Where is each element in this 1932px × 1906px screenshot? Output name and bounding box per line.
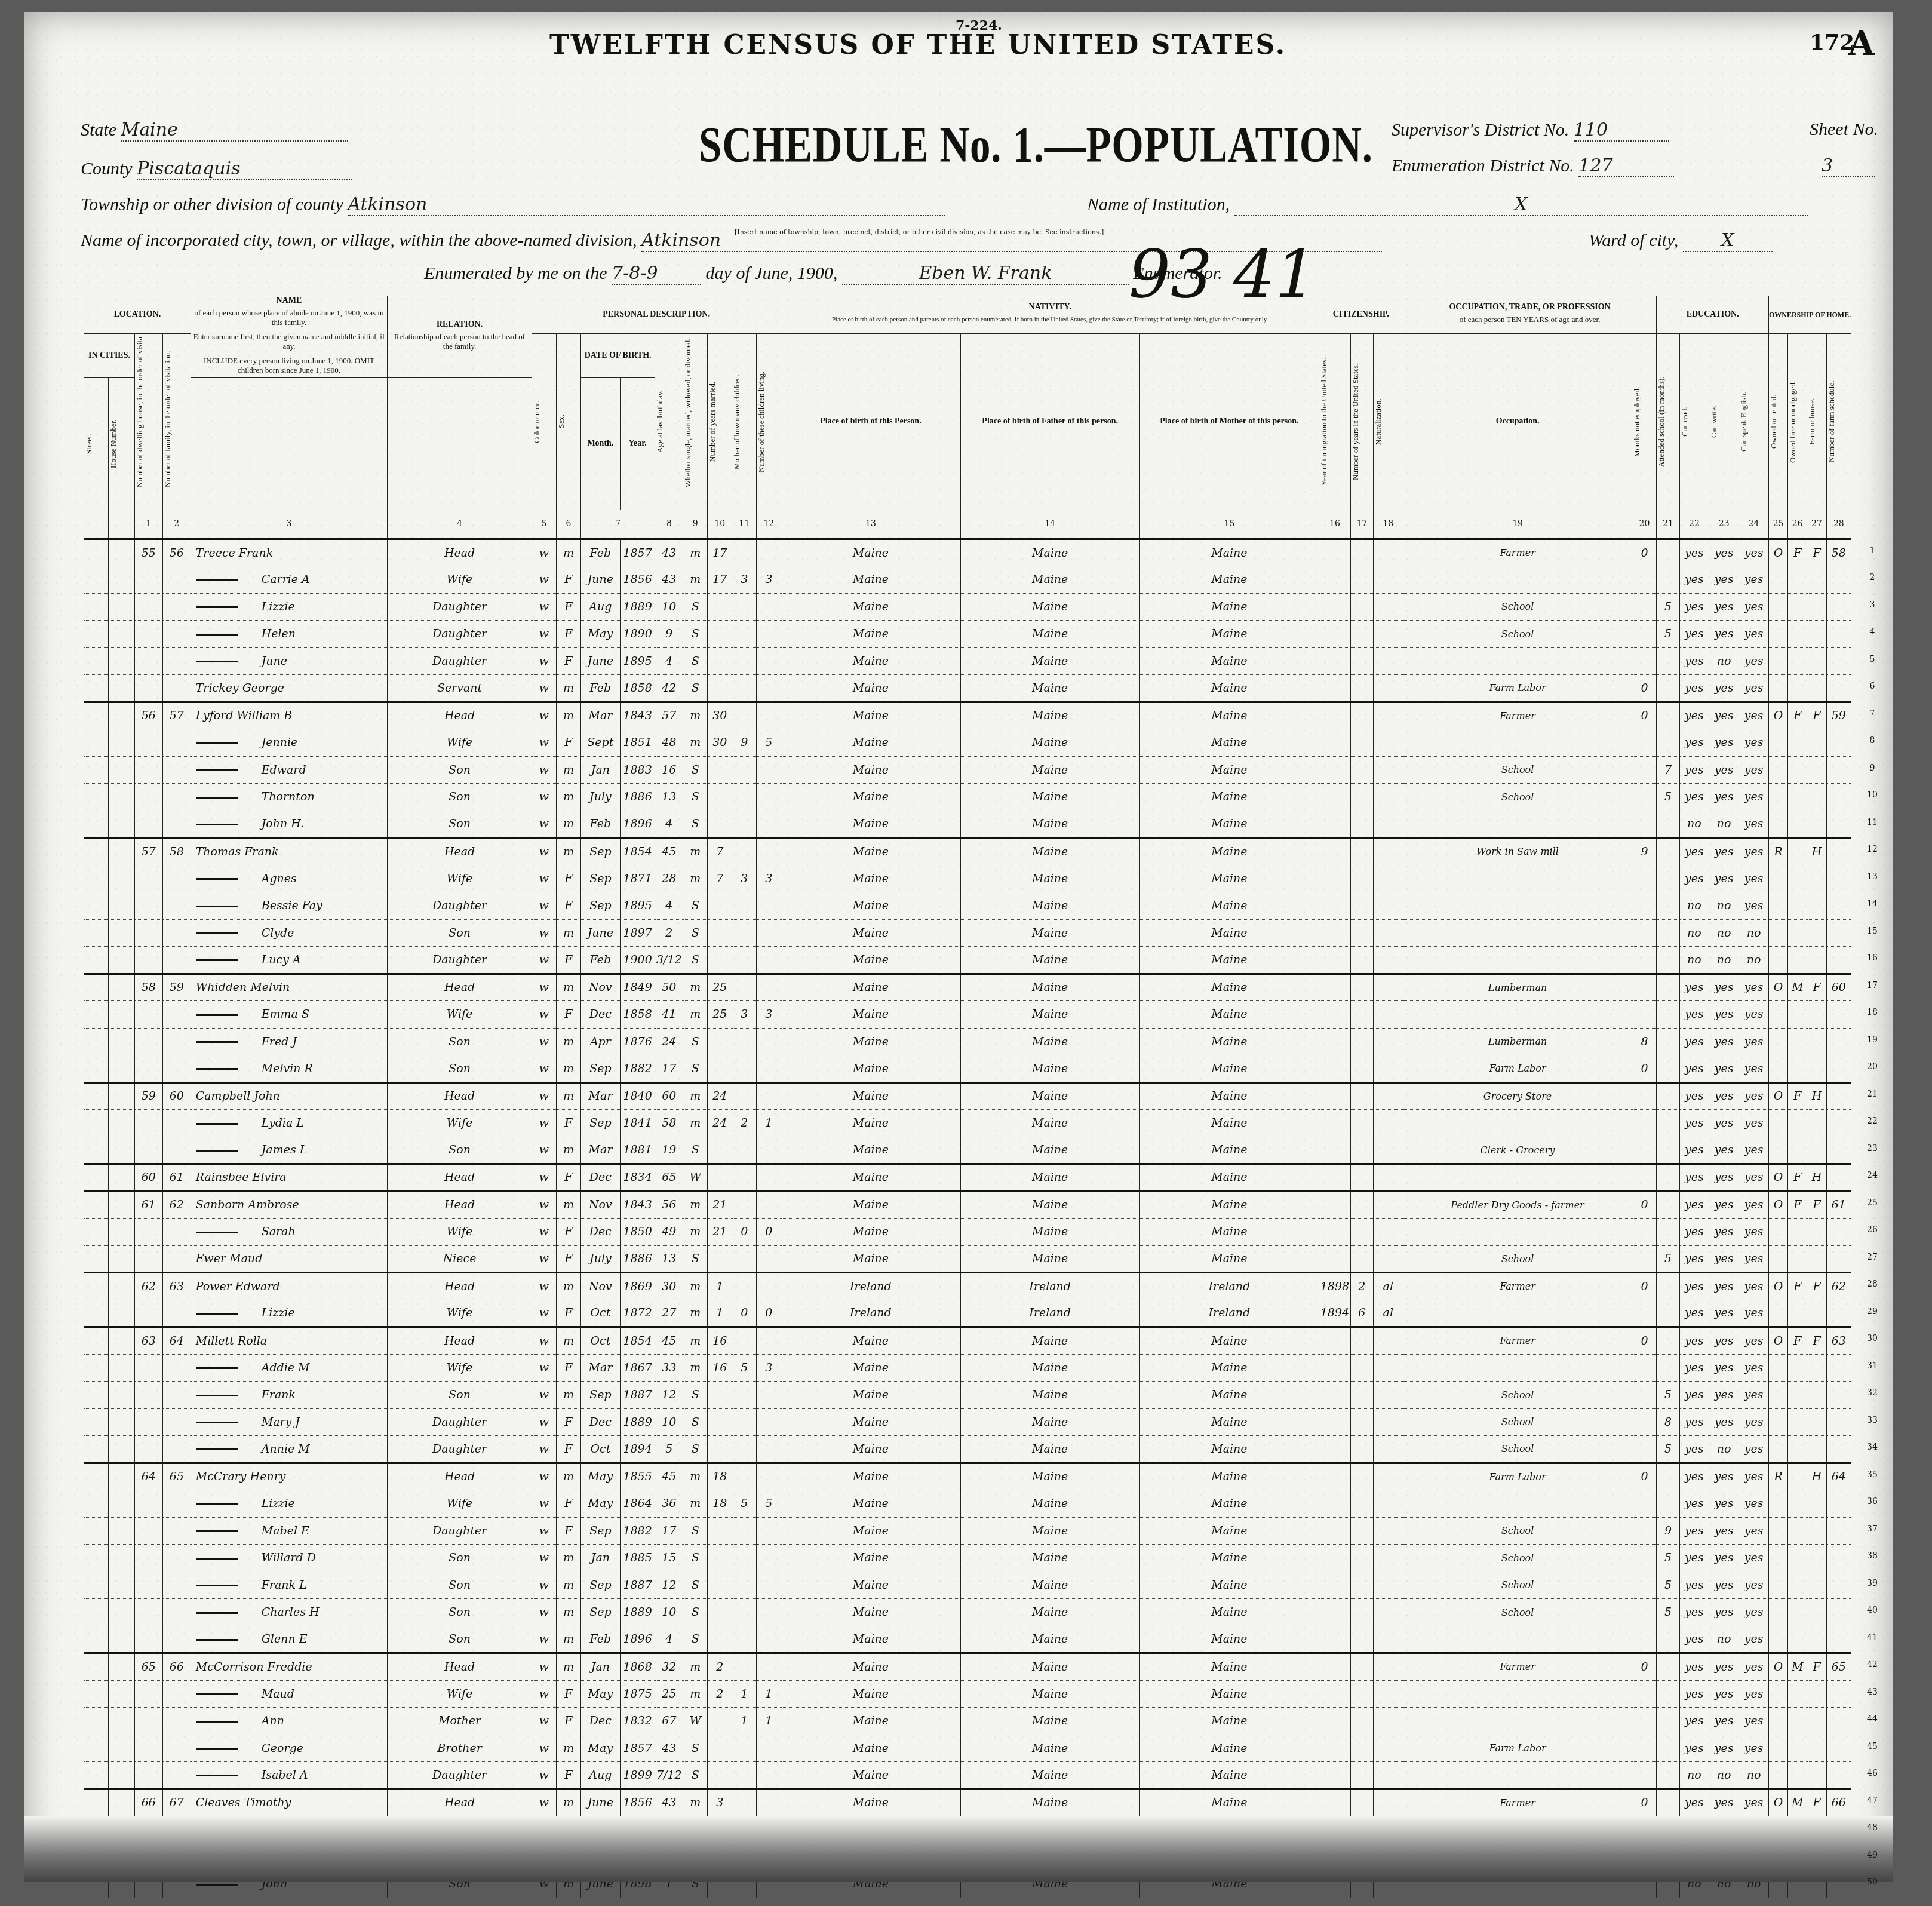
attended-school-cell xyxy=(1657,811,1679,838)
family-number-cell xyxy=(162,1300,191,1327)
owned-free-cell xyxy=(1788,1599,1807,1626)
house-number-cell xyxy=(109,1137,135,1164)
age-cell: 4 xyxy=(655,811,683,838)
family-number-cell xyxy=(162,919,191,947)
years-married-cell: 7 xyxy=(708,838,732,865)
relation-group-header: RELATION. Relationship of each person to… xyxy=(388,296,532,378)
marital-status-cell: S xyxy=(683,1735,708,1762)
col-num xyxy=(84,510,109,539)
farm-house-cell xyxy=(1807,1245,1826,1273)
sex-cell: m xyxy=(556,1382,580,1409)
owned-free-cell: F xyxy=(1788,539,1807,566)
street-cell xyxy=(84,1680,109,1708)
years-married-cell xyxy=(708,1626,732,1653)
birth-year-cell: 1900 xyxy=(620,947,655,974)
color-cell: w xyxy=(532,1055,556,1083)
can-read-cell: yes xyxy=(1679,1408,1709,1436)
years-married-cell: 21 xyxy=(708,1219,732,1246)
given-name: Clyde xyxy=(262,926,294,940)
children-living-cell xyxy=(757,621,781,648)
ditto-dash xyxy=(196,579,238,581)
months-unemployed-cell xyxy=(1632,892,1657,920)
ditto-dash xyxy=(196,1775,238,1776)
birth-month-cell: Nov xyxy=(580,1191,620,1219)
owned-free-cell xyxy=(1788,1680,1807,1708)
owned-rented-cell xyxy=(1768,865,1787,892)
occupation-cell: School xyxy=(1403,1408,1632,1436)
farm-schedule-cell xyxy=(1826,621,1851,648)
owned-rented-cell xyxy=(1768,1545,1787,1572)
immigration-year-cell xyxy=(1319,1517,1351,1545)
birthplace-mother-cell: Maine xyxy=(1139,974,1319,1001)
given-name: June xyxy=(262,655,287,668)
occupation-cell: School xyxy=(1403,1517,1632,1545)
immigration-year-cell xyxy=(1319,1708,1351,1735)
color-cell: w xyxy=(532,865,556,892)
relation-cell: Head xyxy=(388,1653,532,1681)
birthplace-person-cell: Maine xyxy=(781,974,960,1001)
owned-rented-cell xyxy=(1768,1436,1787,1463)
line-number: 18 xyxy=(1860,1008,1884,1017)
birthplace-person-cell: Maine xyxy=(781,1164,960,1192)
birthplace-father-cell: Ireland xyxy=(960,1300,1139,1327)
can-speak-english-cell: yes xyxy=(1739,811,1769,838)
owned-rented-cell: O xyxy=(1768,1327,1787,1355)
line-number: 29 xyxy=(1860,1307,1884,1316)
mother-of-cell: 3 xyxy=(732,865,757,892)
owned-rented-cell xyxy=(1768,756,1787,784)
can-write-header: Can write. xyxy=(1709,356,1719,487)
farm-schedule-header: Number of farm schedule. xyxy=(1827,356,1836,487)
immigration-year-cell xyxy=(1319,539,1351,566)
sex-cell: F xyxy=(556,1164,580,1192)
person-name-cell: Whidden Melvin xyxy=(191,974,388,1001)
name-group-header: NAME of each person whose place of abode… xyxy=(191,296,388,378)
dwelling-number-cell: 58 xyxy=(134,974,162,1001)
birthplace-father-cell: Maine xyxy=(960,1653,1139,1681)
ditto-dash xyxy=(196,1585,238,1586)
nativity-header-desc: Place of birth of each person and parent… xyxy=(781,312,1319,327)
line-number: 14 xyxy=(1860,899,1884,909)
birthplace-father-cell: Maine xyxy=(960,1191,1139,1219)
birth-month-cell: June xyxy=(580,566,620,594)
occupation-cell: School xyxy=(1403,1436,1632,1463)
can-read-cell: yes xyxy=(1679,1110,1709,1137)
owned-free-cell xyxy=(1788,1055,1807,1083)
years-in-us-cell xyxy=(1350,1490,1373,1518)
color-cell: w xyxy=(532,756,556,784)
person-name-cell: Sanborn Ambrose xyxy=(191,1191,388,1219)
line-number: 8 xyxy=(1860,736,1884,745)
birth-year-cell: 1854 xyxy=(620,1327,655,1355)
mother-of-cell xyxy=(732,702,757,729)
sex-cell: F xyxy=(556,1245,580,1273)
age-cell: 19 xyxy=(655,1137,683,1164)
birthplace-person-header: Place of birth of this Person. xyxy=(781,334,960,510)
family-number-cell xyxy=(162,1110,191,1137)
birth-month-cell: Sep xyxy=(580,1572,620,1599)
years-married-cell: 24 xyxy=(708,1110,732,1137)
months-unemployed-cell xyxy=(1632,1382,1657,1409)
family-number-cell xyxy=(162,1572,191,1599)
color-cell: w xyxy=(532,1164,556,1192)
relation-cell: Head xyxy=(388,838,532,865)
birthplace-person-cell: Maine xyxy=(781,1055,960,1083)
street-cell xyxy=(84,1327,109,1355)
can-write-cell: no xyxy=(1709,1626,1739,1653)
house-number-cell xyxy=(109,675,135,702)
can-speak-english-cell: yes xyxy=(1739,1490,1769,1518)
marital-status-cell: m xyxy=(683,729,708,757)
color-cell: w xyxy=(532,1572,556,1599)
census-row: 60 61 Rainsbee Elvira Head w F Dec 1834 … xyxy=(84,1164,1851,1192)
children-living-cell xyxy=(757,593,781,621)
col-num: 16 xyxy=(1319,510,1351,539)
color-cell: w xyxy=(532,838,556,865)
immigration-year-cell xyxy=(1319,1028,1351,1055)
age-cell: 28 xyxy=(655,865,683,892)
ditto-dash xyxy=(196,1530,238,1532)
age-cell: 12 xyxy=(655,1572,683,1599)
farm-schedule-cell xyxy=(1826,1164,1851,1192)
dwelling-number-cell xyxy=(134,1517,162,1545)
dwelling-number-cell: 56 xyxy=(134,702,162,729)
occupation-cell xyxy=(1403,566,1632,594)
years-in-us-cell xyxy=(1350,1680,1373,1708)
farm-schedule-cell xyxy=(1826,1001,1851,1029)
census-row: Lizzie Wife w F May 1864 36 m 18 5 5 Mai… xyxy=(84,1490,1851,1518)
can-write-cell: yes xyxy=(1709,566,1739,594)
can-write-cell: yes xyxy=(1709,1245,1739,1273)
farm-house-cell xyxy=(1807,675,1826,702)
sex-cell: m xyxy=(556,1137,580,1164)
mother-of-cell xyxy=(732,1517,757,1545)
attended-school-cell xyxy=(1657,1164,1679,1192)
col-num: 21 xyxy=(1657,510,1679,539)
family-number-cell xyxy=(162,756,191,784)
sex-cell: m xyxy=(556,1273,580,1300)
sex-cell: F xyxy=(556,947,580,974)
marital-status-cell: m xyxy=(683,702,708,729)
dwelling-number-cell xyxy=(134,1055,162,1083)
dwelling-number-cell xyxy=(134,1137,162,1164)
birth-year-cell: 1856 xyxy=(620,566,655,594)
family-number-header: Number of family, in the order of visita… xyxy=(163,356,173,487)
attended-school-cell: 7 xyxy=(1657,756,1679,784)
can-write-cell: yes xyxy=(1709,539,1739,566)
birth-month-cell: Dec xyxy=(580,1219,620,1246)
ditto-dash xyxy=(196,742,238,744)
ward-value: X xyxy=(1683,230,1773,252)
age-cell: 3/12 xyxy=(655,947,683,974)
family-number-cell: 58 xyxy=(162,838,191,865)
person-name-cell: Bessie Fay xyxy=(191,892,388,920)
line-number: 48 xyxy=(1860,1823,1884,1833)
color-cell: w xyxy=(532,1762,556,1790)
owned-free-cell xyxy=(1788,566,1807,594)
dwelling-number-cell xyxy=(134,1245,162,1273)
mother-of-cell xyxy=(732,974,757,1001)
years-in-us-cell xyxy=(1350,1599,1373,1626)
farm-schedule-cell xyxy=(1826,784,1851,811)
can-write-cell: yes xyxy=(1709,1680,1739,1708)
owned-rented-cell xyxy=(1768,566,1787,594)
state-label: State xyxy=(81,120,116,140)
marital-status-cell: S xyxy=(683,1055,708,1083)
immigration-year-cell xyxy=(1319,838,1351,865)
attended-school-cell xyxy=(1657,974,1679,1001)
naturalization-cell xyxy=(1373,1708,1403,1735)
age-cell: 10 xyxy=(655,1599,683,1626)
family-number-cell xyxy=(162,1219,191,1246)
birthplace-person-cell: Maine xyxy=(781,702,960,729)
birth-month-cell: Mar xyxy=(580,1354,620,1382)
nativity-group-header: NATIVITY. Place of birth of each person … xyxy=(781,296,1319,334)
can-write-cell: yes xyxy=(1709,1191,1739,1219)
can-speak-english-cell: yes xyxy=(1739,1082,1769,1110)
owned-free-cell xyxy=(1788,1245,1807,1273)
attended-school-cell: 5 xyxy=(1657,1245,1679,1273)
dwelling-number-cell xyxy=(134,1436,162,1463)
dwelling-number-cell xyxy=(134,1572,162,1599)
street-cell xyxy=(84,647,109,675)
sex-cell: m xyxy=(556,919,580,947)
line-number: 20 xyxy=(1860,1062,1884,1072)
owned-rented-cell xyxy=(1768,1137,1787,1164)
children-living-cell xyxy=(757,647,781,675)
years-in-us-cell xyxy=(1350,1191,1373,1219)
birthplace-father-cell: Maine xyxy=(960,838,1139,865)
person-name-cell: Cleaves Timothy xyxy=(191,1789,388,1816)
age-cell: 60 xyxy=(655,1082,683,1110)
census-row: Frank Son w m Sep 1887 12 S Maine Maine … xyxy=(84,1382,1851,1409)
attended-school-cell xyxy=(1657,1653,1679,1681)
enumeration-district-field: Enumeration District No. 127 xyxy=(1392,155,1674,177)
farm-house-cell xyxy=(1807,647,1826,675)
farm-house-cell: F xyxy=(1807,1653,1826,1681)
can-speak-english-cell: yes xyxy=(1739,647,1769,675)
can-read-cell: no xyxy=(1679,1762,1709,1790)
relation-cell: Head xyxy=(388,1273,532,1300)
months-unemployed-cell: 0 xyxy=(1632,1055,1657,1083)
can-write-cell: yes xyxy=(1709,1055,1739,1083)
birthplace-person-cell: Maine xyxy=(781,919,960,947)
enumerated-prefix: Enumerated by me on the xyxy=(424,263,607,283)
sex-cell: m xyxy=(556,1327,580,1355)
years-in-us-cell xyxy=(1350,1110,1373,1137)
family-number-cell xyxy=(162,1708,191,1735)
mother-of-cell xyxy=(732,1545,757,1572)
can-read-cell: yes xyxy=(1679,1735,1709,1762)
children-living-cell xyxy=(757,1599,781,1626)
ditto-dash xyxy=(196,661,238,662)
birthplace-father-header: Place of birth of Father of this person. xyxy=(960,334,1139,510)
sex-cell: m xyxy=(556,1191,580,1219)
street-cell xyxy=(84,892,109,920)
relation-cell: Wife xyxy=(388,1680,532,1708)
can-read-cell: yes xyxy=(1679,1545,1709,1572)
can-read-cell: yes xyxy=(1679,1300,1709,1327)
sex-cell: m xyxy=(556,756,580,784)
farm-house-cell xyxy=(1807,865,1826,892)
birthplace-person-cell: Maine xyxy=(781,1463,960,1490)
attended-school-cell xyxy=(1657,1490,1679,1518)
house-number-cell xyxy=(109,621,135,648)
occupation-header-desc: of each person TEN YEARS of age and over… xyxy=(1403,312,1657,327)
farm-house-cell: H xyxy=(1807,1463,1826,1490)
immigration-year-cell xyxy=(1319,1164,1351,1192)
street-cell xyxy=(84,566,109,594)
birth-month-cell: Feb xyxy=(580,539,620,566)
occupation-header-title: OCCUPATION, TRADE, OR PROFESSION xyxy=(1403,303,1657,312)
can-write-cell: yes xyxy=(1709,1001,1739,1029)
house-number-cell xyxy=(109,1001,135,1029)
color-cell: w xyxy=(532,1354,556,1382)
family-number-cell xyxy=(162,1137,191,1164)
line-number: 36 xyxy=(1860,1497,1884,1506)
street-cell xyxy=(84,1219,109,1246)
can-read-cell: yes xyxy=(1679,1082,1709,1110)
col-num: 9 xyxy=(683,510,708,539)
street-cell xyxy=(84,1273,109,1300)
immigration-year-cell xyxy=(1319,1490,1351,1518)
attended-school-cell xyxy=(1657,1789,1679,1816)
can-read-cell: yes xyxy=(1679,974,1709,1001)
birth-month-cell: Aug xyxy=(580,1762,620,1790)
birth-year-cell: 1868 xyxy=(620,1653,655,1681)
birthplace-father-cell: Maine xyxy=(960,593,1139,621)
occupation-cell xyxy=(1403,1762,1632,1790)
person-name-cell: McCrary Henry xyxy=(191,1463,388,1490)
occupation-cell xyxy=(1403,1164,1632,1192)
page-number: 172 xyxy=(1810,30,1854,55)
years-married-cell: 7 xyxy=(708,865,732,892)
house-number-cell xyxy=(109,1789,135,1816)
can-write-cell: yes xyxy=(1709,1273,1739,1300)
owned-free-cell xyxy=(1788,1708,1807,1735)
family-number-cell: 64 xyxy=(162,1327,191,1355)
birthplace-father-cell: Maine xyxy=(960,1082,1139,1110)
marital-status-cell: m xyxy=(683,1219,708,1246)
attended-school-cell xyxy=(1657,1735,1679,1762)
farm-house-cell xyxy=(1807,756,1826,784)
birth-year-cell: 1894 xyxy=(620,1436,655,1463)
given-name: James L xyxy=(262,1143,308,1156)
owned-free-cell xyxy=(1788,621,1807,648)
birthplace-father-cell: Maine xyxy=(960,947,1139,974)
color-cell: w xyxy=(532,1735,556,1762)
owned-rented-cell: O xyxy=(1768,702,1787,729)
years-married-cell: 17 xyxy=(708,539,732,566)
column-number-row: 1 2 3 4 5 6 7 8 9 10 11 12 13 14 15 16 1… xyxy=(84,510,1851,539)
birth-month-cell: Dec xyxy=(580,1708,620,1735)
naturalization-cell xyxy=(1373,811,1403,838)
marital-status-cell: m xyxy=(683,1789,708,1816)
birthplace-mother-cell: Maine xyxy=(1139,1572,1319,1599)
given-name: Isabel A xyxy=(262,1769,308,1782)
occupation-cell xyxy=(1403,892,1632,920)
birth-year-cell: 1858 xyxy=(620,675,655,702)
mother-of-cell xyxy=(732,1327,757,1355)
attended-school-cell xyxy=(1657,947,1679,974)
street-cell xyxy=(84,539,109,566)
line-number: 33 xyxy=(1860,1416,1884,1425)
naturalization-cell xyxy=(1373,1164,1403,1192)
owned-free-cell xyxy=(1788,1137,1807,1164)
can-write-cell: yes xyxy=(1709,1572,1739,1599)
birthplace-mother-cell: Maine xyxy=(1139,1327,1319,1355)
street-cell xyxy=(84,1708,109,1735)
color-cell: w xyxy=(532,1110,556,1137)
birthplace-person-cell: Maine xyxy=(781,1626,960,1653)
naturalization-cell xyxy=(1373,729,1403,757)
birthplace-person-cell: Maine xyxy=(781,1545,960,1572)
house-number-cell xyxy=(109,1490,135,1518)
relation-cell: Wife xyxy=(388,566,532,594)
immigration-year-cell xyxy=(1319,756,1351,784)
color-cell: w xyxy=(532,1463,556,1490)
owned-rented-cell xyxy=(1768,919,1787,947)
mother-of-cell: 5 xyxy=(732,1490,757,1518)
age-cell: 32 xyxy=(655,1653,683,1681)
relation-cell: Head xyxy=(388,1164,532,1192)
birth-year-cell: 1899 xyxy=(620,1762,655,1790)
attended-school-cell xyxy=(1657,1626,1679,1653)
occupation-cell xyxy=(1403,1680,1632,1708)
owned-rented-cell: O xyxy=(1768,974,1787,1001)
house-number-cell xyxy=(109,947,135,974)
owned-rented-cell xyxy=(1768,1408,1787,1436)
birth-month-cell: June xyxy=(580,1789,620,1816)
person-name-cell: Emma S xyxy=(191,1001,388,1029)
birthplace-father-cell: Maine xyxy=(960,1110,1139,1137)
attended-school-cell xyxy=(1657,1028,1679,1055)
can-write-cell: yes xyxy=(1709,1599,1739,1626)
years-married-cell xyxy=(708,1572,732,1599)
immigration-year-cell xyxy=(1319,1382,1351,1409)
line-number: 35 xyxy=(1860,1470,1884,1480)
farm-house-cell xyxy=(1807,1545,1826,1572)
house-number-cell xyxy=(109,892,135,920)
col-num: 19 xyxy=(1403,510,1632,539)
family-number-cell xyxy=(162,1055,191,1083)
years-in-us-cell xyxy=(1350,784,1373,811)
person-name-cell: Lizzie xyxy=(191,1490,388,1518)
farm-house-cell: F xyxy=(1807,702,1826,729)
owned-rented-cell: O xyxy=(1768,1653,1787,1681)
birth-month-cell: Mar xyxy=(580,702,620,729)
marital-status-cell: m xyxy=(683,1191,708,1219)
census-row: Thornton Son w m July 1886 13 S Maine Ma… xyxy=(84,784,1851,811)
person-name-cell: Ewer Maud xyxy=(191,1245,388,1273)
age-cell: 4 xyxy=(655,647,683,675)
age-cell: 45 xyxy=(655,1463,683,1490)
immigration-year-cell xyxy=(1319,1572,1351,1599)
birth-month-cell: Oct xyxy=(580,1327,620,1355)
can-read-cell: yes xyxy=(1679,593,1709,621)
mother-of-cell xyxy=(732,1245,757,1273)
years-in-us-cell xyxy=(1350,566,1373,594)
birth-year-cell: 1869 xyxy=(620,1273,655,1300)
years-in-us-cell xyxy=(1350,1219,1373,1246)
ditto-dash xyxy=(196,959,238,961)
can-write-cell: no xyxy=(1709,892,1739,920)
ditto-dash xyxy=(196,1612,238,1614)
birth-year-cell: 1882 xyxy=(620,1055,655,1083)
color-cell: w xyxy=(532,1408,556,1436)
house-number-cell xyxy=(109,1463,135,1490)
house-number-cell xyxy=(109,1191,135,1219)
